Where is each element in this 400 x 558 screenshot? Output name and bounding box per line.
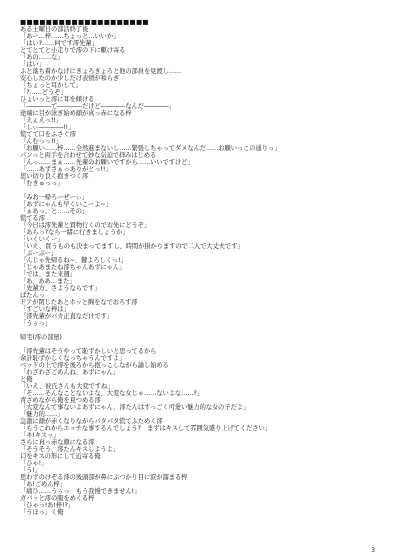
text-line: 「むきゅっっ」 [20,180,390,187]
text-line: 「――――て――――だけど――――なんだ――――」 [20,103,390,110]
text-line: ひょいっと澪に耳を傾ける [20,96,390,103]
text-line: 「痛ひ……うぅっ もう我慢できません!」 [20,488,390,495]
text-line: 慌てて口をふさぐ澪 [20,131,390,138]
text-line: 「澪先輩がバカ正直なだけです」 [20,313,390,320]
text-line: 「……あずさぁっありがとっ!!」 [20,166,390,173]
text-line: 「わざわざごめんね、あずにゃん」 [20,369,390,376]
text-line: 「ぶーぶー」 [20,250,390,257]
text-line: 「みお一帰ろーぜーぃ」 [20,194,390,201]
text-line: 「うぅっ」 [20,320,390,327]
text-line: 青ざめながら俺を見つめる澪 [20,397,390,404]
text-line: 口をキスの形にして近寄る俺 [20,453,390,460]
text-line: 「あー…梓……ちょっと…いいか」 [20,33,390,40]
text-line: 「いえ、彼氏さんも大変ですね」 [20,383,390,390]
text-line: 思い切り良く抱きつく澪 [20,173,390,180]
text-line: 「そ……そんなことないよな、大変な女じゃ……ないよな……?」 [20,390,390,397]
section-divider-marks: ■■■■■■■■■■■■■■■■■■■■ [20,19,390,26]
text-line: 「ひゃ!」 [20,460,390,467]
text-line: 「では、また来週」 [20,271,390,278]
text-line: 「先輩方、さようならです」 [20,285,390,292]
text-line: 「う!」 [20,467,390,474]
text-line: 「大変なんて事ないよあずにゃん、澪たんはすっごく可愛い魅力的な女の子だよ」 [20,404,390,411]
text-line: ドアが閉じたあとホッと胸をなでおろす澪 [20,299,390,306]
text-line: 慌てる澪 [20,215,390,222]
text-line: 「はい?……何です澪先輩」 [20,40,390,47]
text-line: 「あの……な」 [20,54,390,61]
text-line: と俺 [20,376,390,383]
text-line: 「すごいな梓は」 [20,306,390,313]
text-line: 「じゃあまたね澪ちゃんあずにゃん」 [20,264,390,271]
text-line: 「あずにゃんも早くいこーよ~」 [20,201,390,208]
text-line: 「お願い……梓……全然進まないし……緊張しちゃってダメなんだ……お願いっこの通り… [20,145,390,152]
text-line: 「ちょっと耳かして」 [20,82,390,89]
text-line: 急激に顔が赤くなりながらパタパタ慌てふためく澪 [20,418,390,425]
text-line: 「いえ、買うものも決まってますし、時間が掛かりますので二人で大丈夫です」 [20,243,390,250]
text-line: 「いくいくー」 [20,236,390,243]
text-line: 「もうこれからエッチな事するんでしょう? まずはキスして雰囲気盛り上げてください… [20,425,390,432]
text-line: ある土曜日の部活終了後 [20,26,390,33]
text-line: 「んじゃ先帰るね~、鍵よろしくっ!」 [20,257,390,264]
text-line: 「あ、ああ…また」 [20,278,390,285]
text-line: 途端に目が泳ぎ始め顔が真っ赤になる梓 [20,110,390,117]
text-line: ふと落ち着かなげにきょろきょろと他の部員を見渡し…… [20,68,390,75]
text-line: さらに真っ赤な顔になる澪 [20,439,390,446]
blank-line [20,341,390,348]
text-line: 余計恥ずかしくなっちゃうんですよ」 [20,355,390,362]
text-line: 「しぃ――――!!」 [20,124,390,131]
text-line: ベッドの上で澪を後ろから抱っこしながら諭し始める [20,362,390,369]
text-line: 「ぁあっ、と……その」 [20,208,390,215]
text-line: 「えぇえっ!!」 [20,117,390,124]
page-number: 3 [371,546,375,554]
text-line: 「んむっっ!!」 [20,138,390,145]
text-line: 「魅力的……」 [20,411,390,418]
text-line: ぱたんっ [20,292,390,299]
text-line: 「澪先輩はそうやって恥ずかしいと思ってるから [20,348,390,355]
text-line: パンっと両手を合わせて妙な気迫で拝みはじめる [20,152,390,159]
text-line: 「あらっ?なら一緒に行きましょうか」 [20,229,390,236]
text-line: 「あ!ごめん梓」 [20,481,390,488]
document-body: ■■■■■■■■■■■■■■■■■■■■ ある土曜日の部活終了後「あー…梓……ち… [20,19,390,516]
text-line: ガバッと澪の服をめくる梓 [20,495,390,502]
text-line: 「今日は澪先輩と買物行くのでお先にどうぞ」 [20,222,390,229]
text-line: 「はい」 [20,61,390,68]
text-line: 「そうそう、澪たんキスしようよ」 [20,446,390,453]
text-line: 「んっ……まぁ……先輩のお願いですから……いいですけど」 [20,159,390,166]
text-line: とてとてと小走りで澪の下に駆け寄る [20,47,390,54]
blank-line [20,187,390,194]
text-line: 「キ!キスッ」 [20,432,390,439]
text-line: 帰宅(澪の部屋) [20,334,390,341]
text-line: 「ひゃっ!あ!梓!?」 [20,502,390,509]
text-line: 「?……どうぞ」 [20,89,390,96]
blank-line [20,327,390,334]
text-line: 「うほっ」く俺 [20,509,390,516]
text-line: 安心したのか少しだけ表情が和らぎ [20,75,390,82]
text-line: 思わずのけぞる澪の後頭部が鼻にぶつかり目に涙が溜まる梓 [20,474,390,481]
